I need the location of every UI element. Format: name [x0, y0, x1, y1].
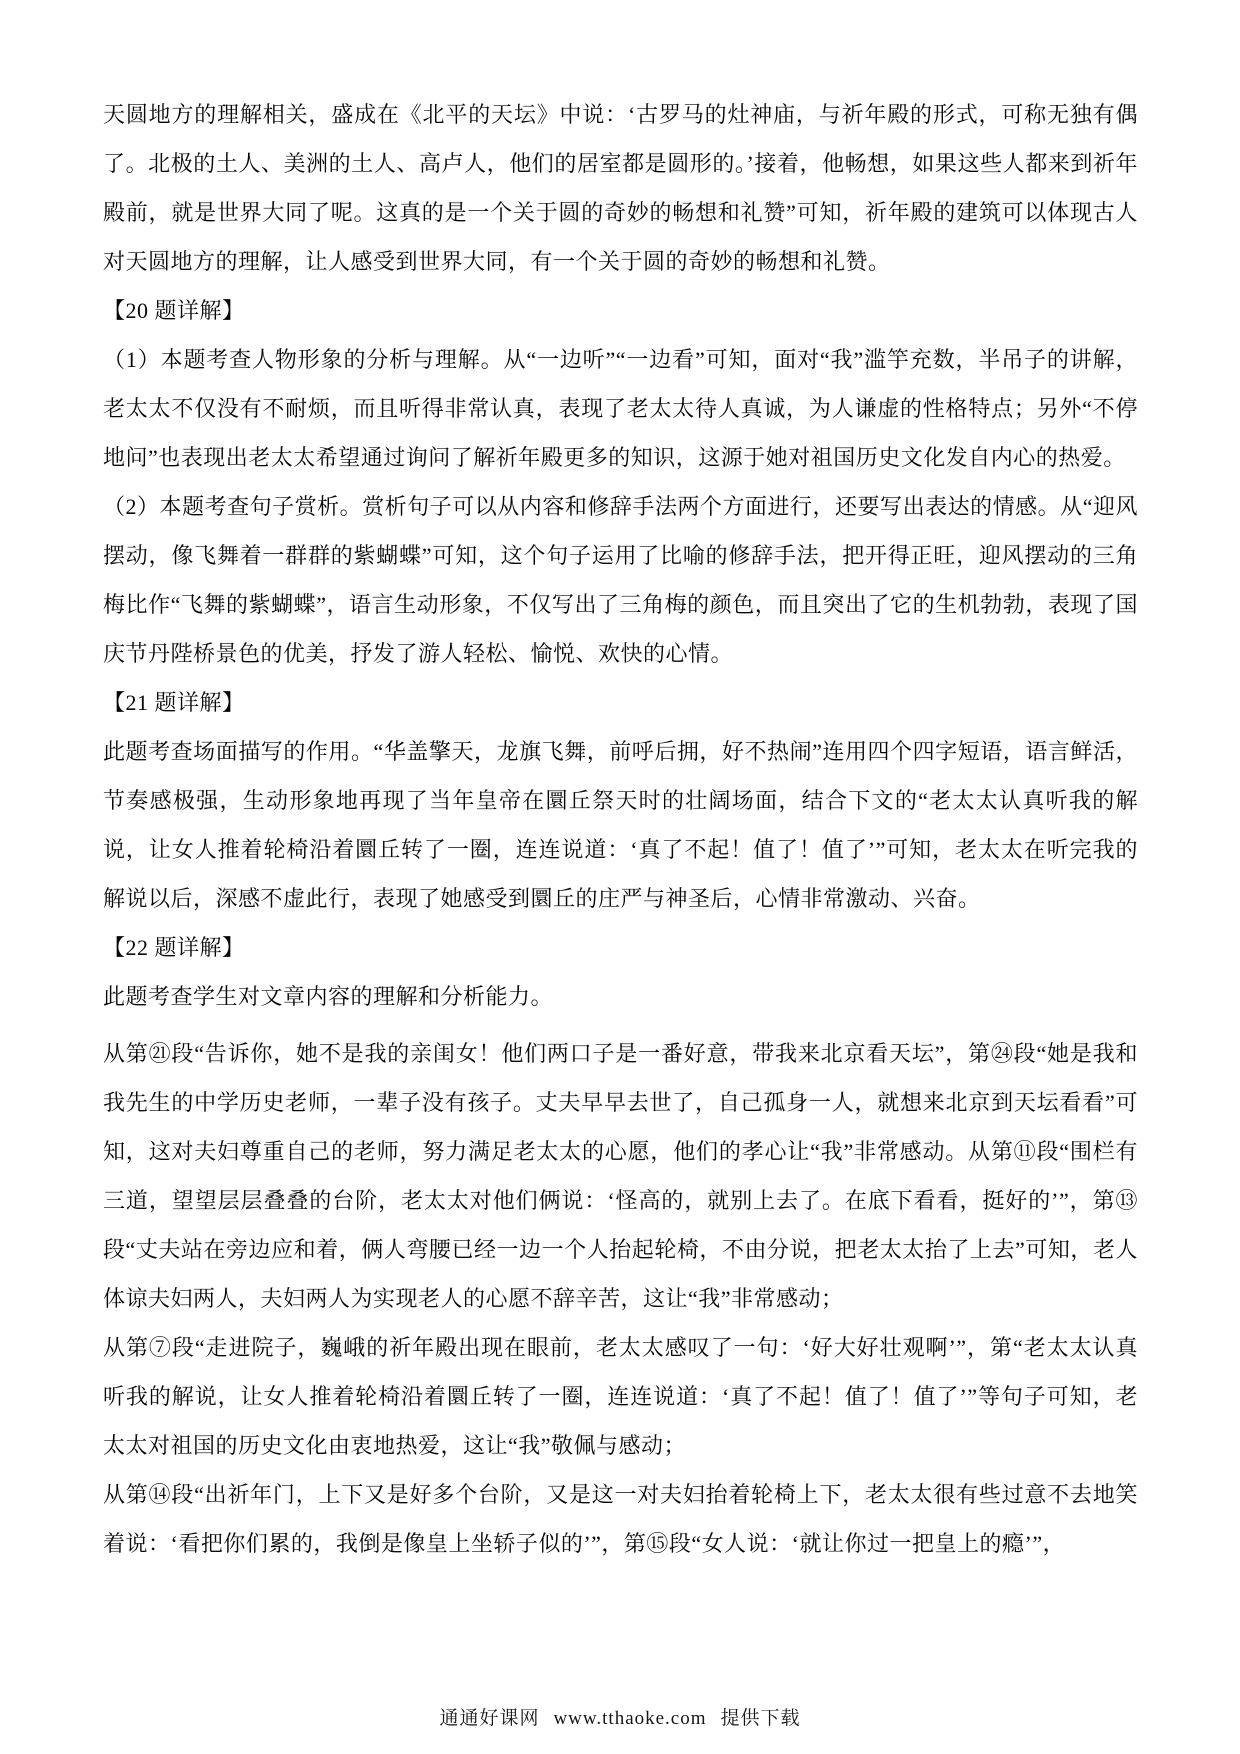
- paragraph-q22-point3: 从第⑭段“出祈年门，上下又是好多个台阶，又是这一对夫妇抬着轮椅上下，老太太很有些…: [103, 1470, 1138, 1568]
- paragraph-q22-intro: 此题考查学生对文章内容的理解和分析能力。: [103, 972, 1138, 1021]
- heading-question-22: 【22 题详解】: [103, 923, 1138, 972]
- paragraph-q22-point2: 从第⑦段“走进院子，巍峨的祈年殿出现在眼前，老太太感叹了一句：‘好大好壮观啊’”…: [103, 1323, 1138, 1470]
- document-body: 天圆地方的理解相关，盛成在《北平的天坛》中说：‘古罗马的灶神庙，与祈年殿的形式，…: [103, 90, 1138, 1568]
- footer-site-url: www.tthaoke.com: [553, 1708, 706, 1730]
- footer-watermark: 通通好课网 www.tthaoke.com 提供下载: [0, 1703, 1240, 1730]
- paragraph-q22-point1: 从第㉑段“告诉你，她不是我的亲闺女！他们两口子是一番好意，带我来北京看天坛”，第…: [103, 1029, 1138, 1323]
- paragraph-answer-19-continuation: 天圆地方的理解相关，盛成在《北平的天坛》中说：‘古罗马的灶神庙，与祈年殿的形式，…: [103, 90, 1138, 286]
- heading-question-20: 【20 题详解】: [103, 286, 1138, 335]
- footer-site-name: 通通好课网: [439, 1703, 539, 1730]
- footer-download-note: 提供下载: [721, 1703, 801, 1730]
- paragraph-q20-part1: （1）本题考查人物形象的分析与理解。从“一边听”“一边看”可知，面对“我”滥竽充…: [103, 335, 1138, 482]
- document-page: 天圆地方的理解相关，盛成在《北平的天坛》中说：‘古罗马的灶神庙，与祈年殿的形式，…: [0, 0, 1240, 1754]
- paragraph-q21-analysis: 此题考查场面描写的作用。“华盖擎天，龙旗飞舞，前呼后拥，好不热闹”连用四个四字短…: [103, 727, 1138, 923]
- heading-question-21: 【21 题详解】: [103, 678, 1138, 727]
- paragraph-q20-part2: （2）本题考查句子赏析。赏析句子可以从内容和修辞手法两个方面进行，还要写出表达的…: [103, 482, 1138, 678]
